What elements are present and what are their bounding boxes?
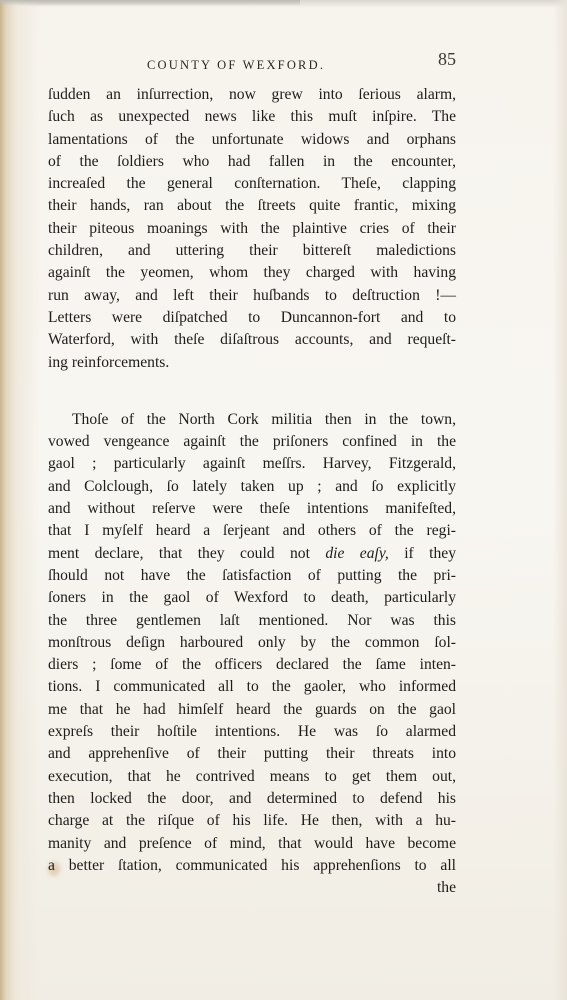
page-edge-shadow <box>0 0 300 6</box>
text-line: that I myſelf heard a ſerjeant and other… <box>48 520 456 542</box>
text-line: and without reſerve were theſe intention… <box>48 498 456 520</box>
text-line: gaol ; particularly againſt meſſrs. Harv… <box>48 453 456 475</box>
body-text: ſudden an inſurrection, now grew into ſe… <box>48 84 456 899</box>
text-line: Thoſe of the North Cork militia then in … <box>48 409 456 431</box>
text-line: manity and preſence of mind, that would … <box>48 833 456 855</box>
paragraph-1: ſudden an inſurrection, now grew into ſe… <box>48 84 456 374</box>
text-segment: if they <box>389 545 456 562</box>
text-line: execution, that he contrived means to ge… <box>48 766 456 788</box>
text-line: lamentations of the unfortunate widows a… <box>48 129 456 151</box>
text-line: children, and uttering their bittereſt m… <box>48 240 456 262</box>
catchword: the <box>48 877 456 899</box>
text-segment: ment declare, that they could not <box>48 545 325 562</box>
text-line: ſoners in the gaol of Wexford to death, … <box>48 587 456 609</box>
text-line: their hands, ran about the ſtreets quite… <box>48 195 456 217</box>
text-line: increaſed the general conſternation. The… <box>48 173 456 195</box>
text-line: of the ſoldiers who had fallen in the en… <box>48 151 456 173</box>
text-line: Letters were diſpatched to Duncannon-for… <box>48 307 456 329</box>
text-line: monſtrous deſign harboured only by the c… <box>48 632 456 654</box>
text-line: ing reinforcements. <box>48 352 456 374</box>
text-line: tions. I communicated all to the gaoler,… <box>48 676 456 698</box>
text-line: vowed vengeance againſt the priſoners co… <box>48 431 456 453</box>
text-line: charge at the riſque of his life. He the… <box>48 810 456 832</box>
text-line: ſhould not have the ſatisfaction of putt… <box>48 565 456 587</box>
text-line: againſt the yeomen, whom they charged wi… <box>48 262 456 284</box>
paragraph-2: Thoſe of the North Cork militia then in … <box>48 409 456 877</box>
text-line: the three gentlemen laſt mentioned. Nor … <box>48 610 456 632</box>
text-line: their piteous moanings with the plaintiv… <box>48 218 456 240</box>
book-page: COUNTY OF WEXFORD. 85 ſudden an inſurrec… <box>0 0 567 1000</box>
paragraph-gap <box>48 374 456 409</box>
text-line: ſudden an inſurrection, now grew into ſe… <box>48 84 456 106</box>
text-line: then locked the door, and determined to … <box>48 788 456 810</box>
text-line: run away, and left their huſbands to deſ… <box>48 285 456 307</box>
text-line: ſuch as unexpected news like this muſt i… <box>48 106 456 128</box>
text-line: expreſs their hoſtile intentions. He was… <box>48 721 456 743</box>
text-line: a better ſtation, communicated his appre… <box>48 855 456 877</box>
text-line: me that he had himſelf heard the guards … <box>48 699 456 721</box>
text-line: and Colclough, ſo lately taken up ; and … <box>48 476 456 498</box>
page-number: 85 <box>438 49 456 70</box>
text-line-with-italic: ment declare, that they could not die ea… <box>48 543 456 565</box>
running-title: COUNTY OF WEXFORD. <box>147 58 325 73</box>
text-line: Waterford, with theſe diſaſtrous account… <box>48 329 456 351</box>
text-line: and apprehenſive of their putting their … <box>48 743 456 765</box>
italic-phrase: die eaſy, <box>325 545 388 562</box>
text-line: diers ; ſome of the officers declared th… <box>48 654 456 676</box>
